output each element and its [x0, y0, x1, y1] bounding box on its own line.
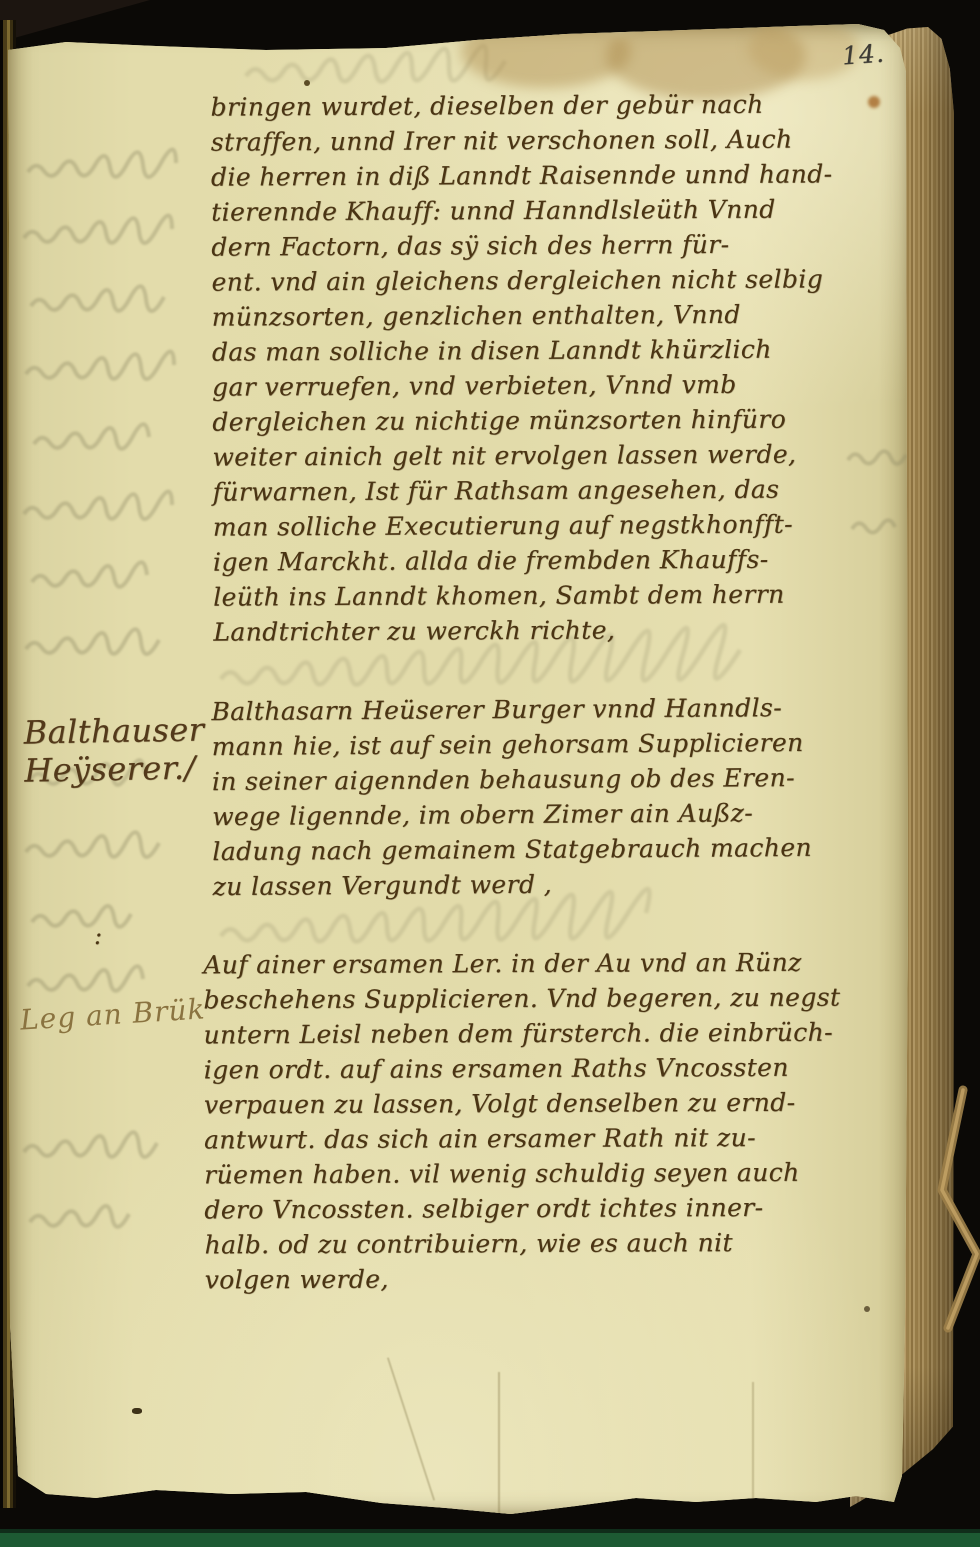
manuscript-line: dern Factorn, das sÿ sich des herrn für-	[211, 226, 833, 264]
manuscript-line: gar verruefen, vnd verbieten, Vnnd vmb	[212, 366, 834, 404]
green-table-edge	[0, 1533, 980, 1547]
paragraph-2: Balthasarn Heüserer Burger vnnd Hanndls-…	[211, 690, 812, 904]
manuscript-line: antwurt. das sich ain ersamer Rath nit z…	[204, 1120, 841, 1158]
foxing-spot	[868, 96, 880, 108]
folio-number: 14.	[841, 39, 886, 71]
manuscript-line: volgen werde,	[205, 1260, 842, 1298]
manuscript-line: ent. vnd ain gleichens dergleichen nicht…	[211, 261, 833, 299]
paper-crease	[387, 1357, 435, 1500]
manuscript-line: man solliche Executierung auf negstkhonf…	[213, 506, 835, 544]
manuscript-line: Balthasarn Heüserer Burger vnnd Hanndls-	[211, 690, 811, 729]
manuscript-line: beschehens Supplicieren. Vnd begeren, zu…	[203, 980, 840, 1018]
manuscript-line: igen ordt. auf ains ersamen Raths Vncoss…	[204, 1050, 841, 1088]
manuscript-line: fürwarnen, Ist für Rathsam angesehen, da…	[213, 471, 835, 509]
manuscript-line: das man solliche in disen Lanndt khürzli…	[212, 331, 834, 369]
manuscript-line: verpauen zu lassen, Volgt denselben zu e…	[204, 1085, 841, 1123]
paper-crease	[752, 1382, 754, 1512]
ink-speck	[304, 80, 310, 86]
manuscript-line: leüth ins Lanndt khomen, Sambt dem herrn	[213, 576, 835, 614]
margin-note-line: Balthauser	[23, 710, 204, 751]
margin-mark-colon: :	[94, 922, 103, 950]
manuscript-line: tierennde Khauff: unnd Hanndlsleüth Vnnd	[211, 191, 833, 229]
manuscript-line: straffen, unnd Irer nit verschonen soll,…	[211, 121, 833, 159]
margin-note-balthauser: Balthauser Heÿserer./	[23, 710, 205, 789]
manuscript-line: Landtrichter zu werckh richte,	[213, 611, 835, 649]
manuscript-line: igen Marckht. allda die frembden Khauffs…	[213, 541, 835, 579]
book-cover-corner	[0, 0, 150, 42]
manuscript-line: untern Leisl neben dem fürsterch. die ei…	[204, 1015, 841, 1053]
manuscript-line: Auf ainer ersamen Ler. in der Au vnd an …	[203, 945, 840, 983]
manuscript-line: mann hie, ist auf sein gehorsam Supplici…	[212, 725, 812, 764]
manuscript-line: halb. od zu contribuiern, wie es auch ni…	[204, 1225, 841, 1263]
paper-crease	[498, 1372, 500, 1514]
manuscript-page: 14. bringen wurdet, dieselben der gebür …	[6, 24, 914, 1518]
manuscript-line: in seiner aigennden behausung ob des Ere…	[212, 760, 812, 799]
margin-note-line: Heÿserer./	[24, 748, 205, 789]
paragraph-3: Auf ainer ersamen Ler. in der Au vnd an …	[203, 945, 841, 1298]
ink-speck	[132, 1408, 142, 1414]
manuscript-line: ladung nach gemainem Statgebrauch machen	[212, 830, 812, 869]
margin-note-leg: Leg an Brük	[19, 992, 206, 1036]
manuscript-line: bringen wurdet, dieselben der gebür nach	[211, 86, 833, 124]
manuscript-line: weiter ainich gelt nit ervolgen lassen w…	[212, 436, 834, 474]
manuscript-line: rüemen haben. vil wenig schuldig seyen a…	[204, 1155, 841, 1193]
manuscript-line: die herren in diß Lanndt Raisennde unnd …	[211, 156, 833, 194]
manuscript-line: münzsorten, genzlichen enthalten, Vnnd	[212, 296, 834, 334]
ink-speck	[864, 1306, 870, 1312]
manuscript-line: dero Vncossten. selbiger ordt ichtes inn…	[204, 1190, 841, 1228]
manuscript-line: zu lassen Vergundt werd ,	[212, 865, 812, 904]
photo-background: 14. bringen wurdet, dieselben der gebür …	[0, 0, 980, 1547]
paragraph-1: bringen wurdet, dieselben der gebür nach…	[211, 86, 835, 649]
manuscript-line: wege ligennde, im obern Zimer ain Außz-	[212, 795, 812, 834]
manuscript-line: dergleichen zu nichtige münzsorten hinfü…	[212, 401, 834, 439]
green-table-shadow	[0, 1529, 980, 1533]
